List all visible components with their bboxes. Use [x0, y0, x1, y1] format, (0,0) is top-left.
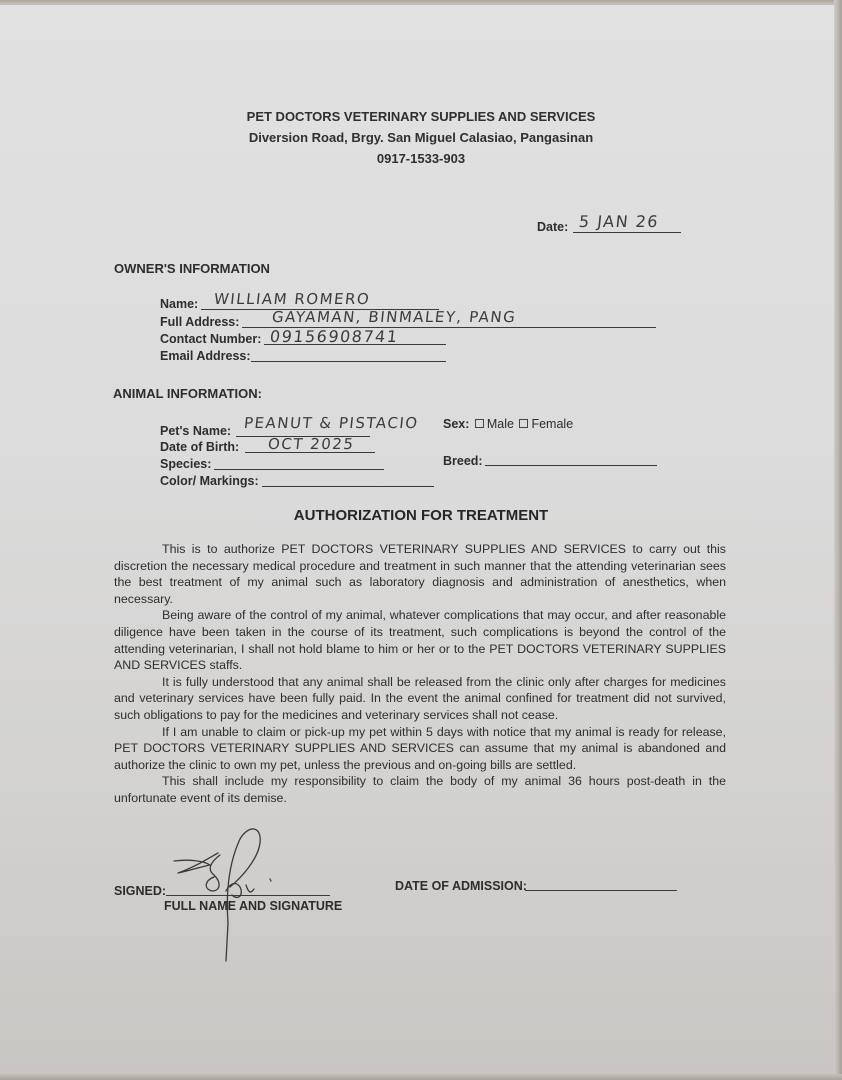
paper-bottom-edge	[0, 1074, 842, 1080]
owner-section-title: OWNER'S INFORMATION	[114, 261, 270, 276]
sex-male-checkbox[interactable]	[475, 419, 484, 428]
owner-name-field[interactable]: WILLIAM ROMERO	[213, 290, 371, 308]
authorization-paragraph: If I am unable to claim or pick-up my pe…	[114, 724, 726, 774]
animal-section-title: ANIMAL INFORMATION:	[113, 386, 262, 401]
date-line	[573, 232, 681, 233]
admission-date-line	[525, 890, 677, 891]
business-phone: 0917-1533-903	[0, 151, 842, 166]
authorization-paragraph: Being aware of the control of my animal,…	[114, 607, 726, 673]
dob-label: Date of Birth:	[160, 440, 239, 454]
owner-contact-field[interactable]: 09156908741	[269, 327, 399, 346]
pet-name-label: Pet's Name:	[160, 424, 231, 438]
dob-field[interactable]: OCT 2025	[267, 435, 355, 453]
owner-name-label: Name:	[160, 297, 198, 311]
sex-female-checkbox[interactable]	[519, 419, 528, 428]
authorization-paragraph: It is fully understood that any animal s…	[114, 674, 726, 724]
owner-contact-label: Contact Number:	[160, 332, 261, 346]
authorization-body: This is to authorize PET DOCTORS VETERIN…	[114, 541, 726, 807]
handwritten-signature[interactable]	[160, 825, 280, 965]
date-value[interactable]: 5 JAN 26	[578, 212, 660, 231]
authorization-paragraph: This is to authorize PET DOCTORS VETERIN…	[114, 541, 726, 607]
sex-selector: Sex: Male Female	[443, 417, 573, 431]
authorization-title: AUTHORIZATION FOR TREATMENT	[0, 507, 842, 524]
color-markings-line	[262, 486, 434, 487]
sex-female-label: Female	[531, 417, 573, 431]
owner-email-label: Email Address:	[160, 349, 251, 363]
authorization-paragraph: This shall include my responsibility to …	[114, 773, 726, 806]
species-label: Species:	[160, 457, 211, 471]
species-line	[214, 469, 384, 470]
owner-address-label: Full Address:	[160, 315, 239, 329]
owner-email-line	[251, 361, 446, 362]
sex-male-label: Male	[487, 417, 514, 431]
business-name: PET DOCTORS VETERINARY SUPPLIES AND SERV…	[0, 109, 842, 124]
admission-date-label: DATE OF ADMISSION:	[395, 879, 527, 893]
sex-label: Sex:	[443, 417, 469, 431]
breed-line	[485, 465, 657, 466]
color-markings-label: Color/ Markings:	[160, 474, 259, 488]
signed-label: SIGNED:	[114, 884, 166, 898]
owner-address-field[interactable]: GAYAMAN, BINMALEY, PANG	[271, 308, 517, 326]
business-address: Diversion Road, Brgy. San Miguel Calasia…	[0, 130, 842, 145]
breed-label: Breed:	[443, 454, 483, 468]
pet-name-field[interactable]: PEANUT & PISTACIO	[243, 414, 419, 432]
date-label: Date:	[537, 220, 568, 234]
